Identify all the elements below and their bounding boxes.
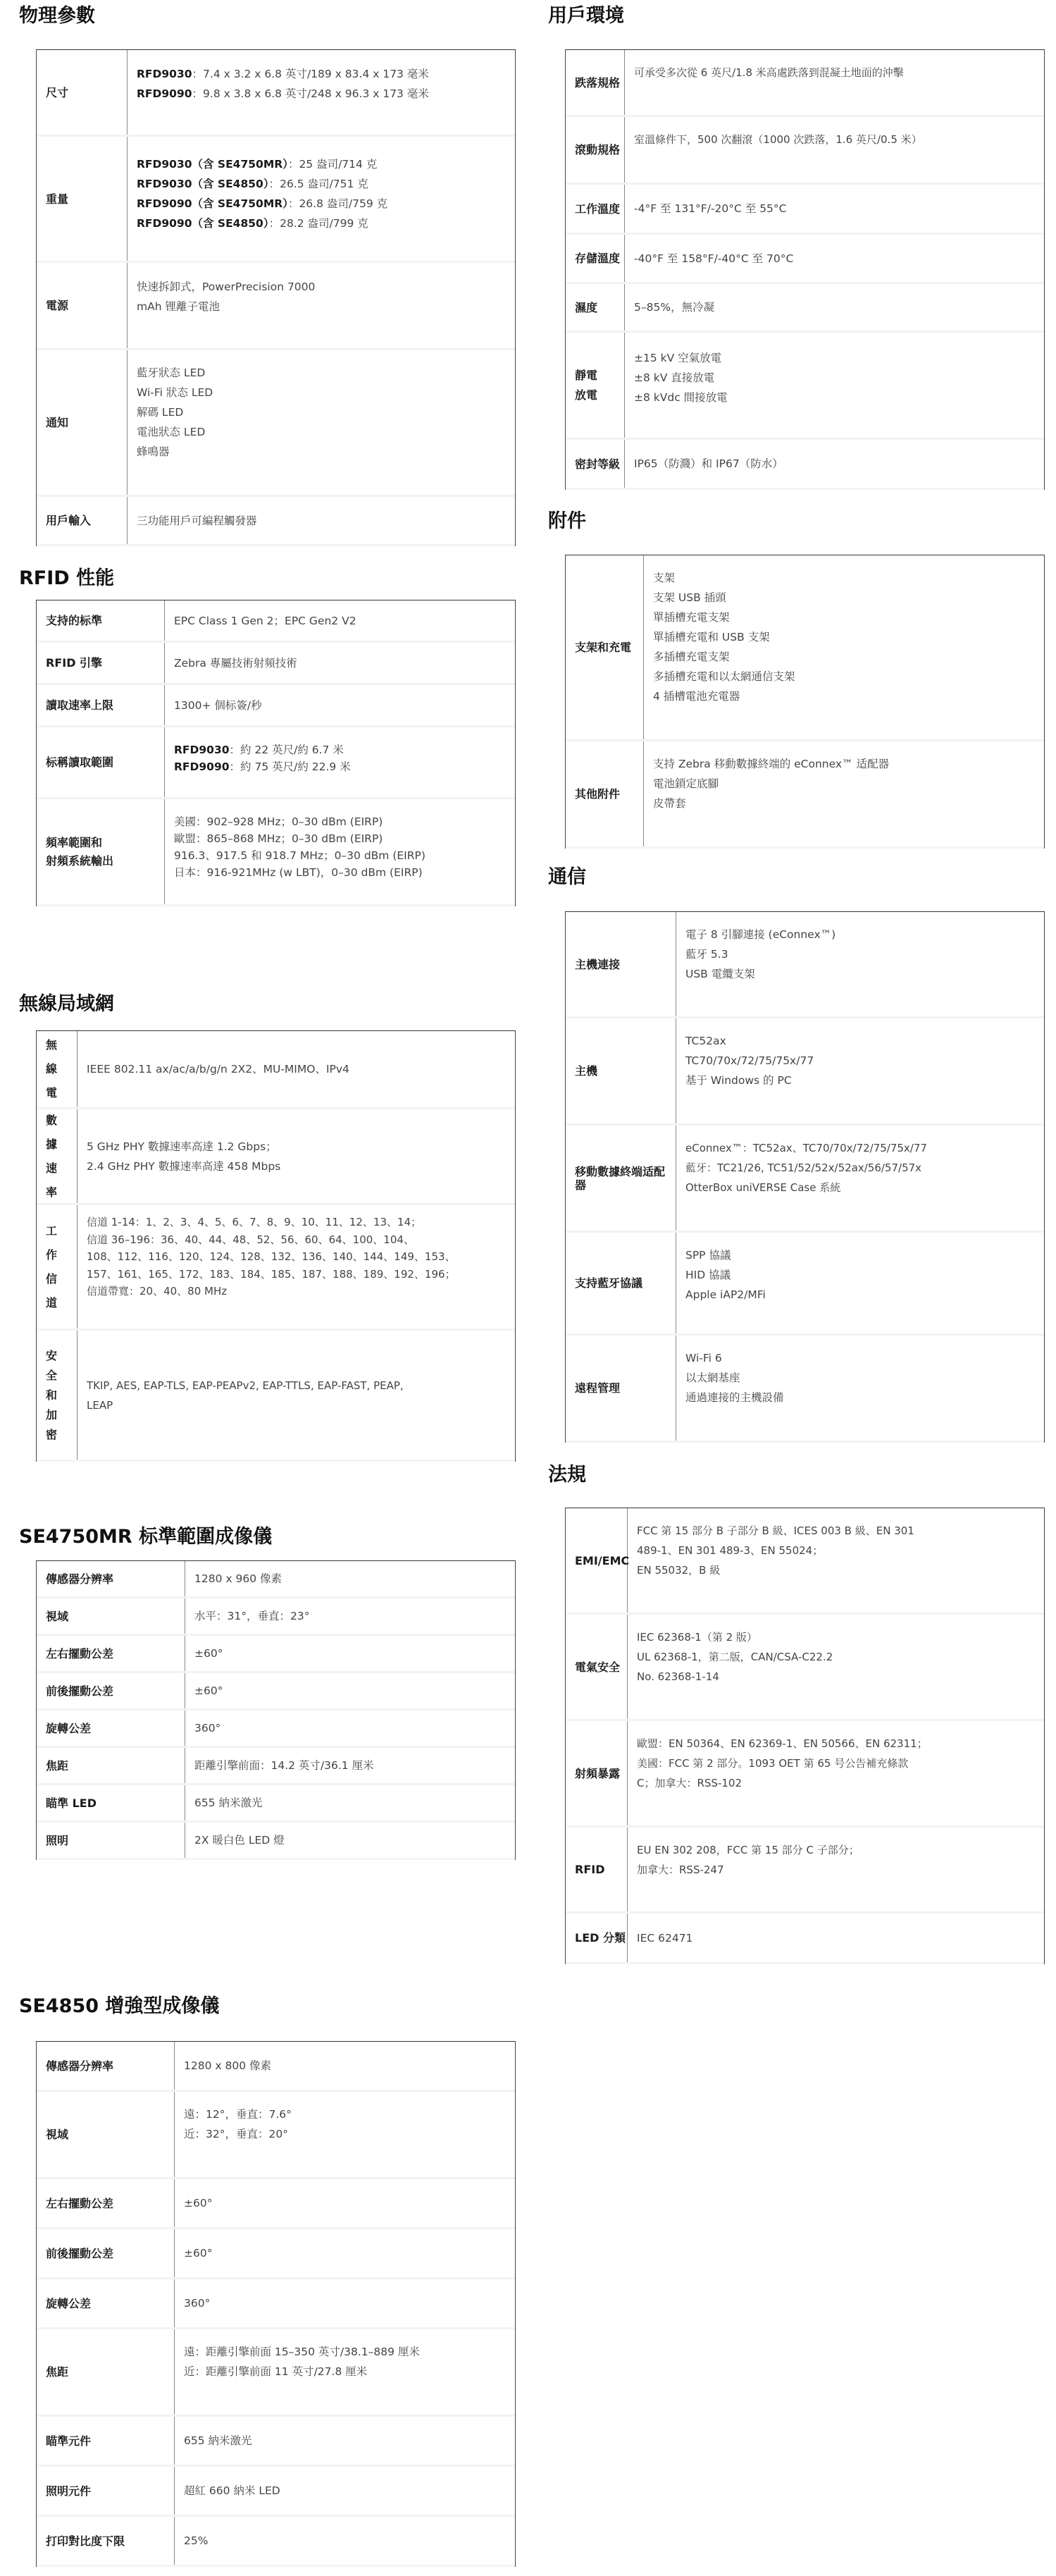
spec-row: 工作溫度-4°F 至 131°F/-20°C 至 55°C <box>566 185 1044 235</box>
spec-row: 标稱讀取範圍 RFD9030：約 22 英尺/約 6.7 米 RFD9090：約… <box>37 727 515 799</box>
spec-key: 視域 <box>37 2092 175 2177</box>
spec-key: 密封等級 <box>566 440 625 488</box>
spec-key: 讀取速率上限 <box>37 685 165 725</box>
spec-key: 支持藍牙協議 <box>566 1233 676 1333</box>
spec-value: EU EN 302 208，FCC 第 15 部分 C 子部分；加拿大：RSS-… <box>628 1828 1044 1911</box>
spec-value: 距離引擎前面：14.2 英寸/36.1 厘米 <box>185 1748 515 1783</box>
spec-key: EMI/EMC <box>566 1508 628 1613</box>
spec-key: 電氣安全 <box>566 1615 628 1719</box>
spec-key: 跌落規格 <box>566 50 625 115</box>
spec-key: 滾動規格 <box>566 117 625 183</box>
spec-row: 尺寸 RFD9030：7.4 x 3.2 x 6.8 英寸/189 x 83.4… <box>37 50 515 137</box>
spec-value: 可承受多次從 6 英尺/1.8 米高處跌落到混凝土地面的沖擊 <box>625 50 1044 115</box>
spec-key: 無線電 <box>37 1031 77 1107</box>
spec-key: 主機 <box>566 1018 676 1123</box>
spec-key: 瞄準 LED <box>37 1785 185 1820</box>
spec-value: 1280 x 960 像素 <box>185 1561 515 1596</box>
spec-row: 工作信道 信道 1-14：1、2、3、4、5、6、7、8、9、10、11、12、… <box>37 1205 515 1331</box>
spec-value: 超紅 660 納米 LED <box>175 2467 515 2515</box>
spec-table-se4750mr: 傳感器分辨率1280 x 960 像素 視域水平：31°，垂直：23° 左右擺動… <box>36 1560 516 1860</box>
spec-value: SPP 協議HID 協議Apple iAP2/MFi <box>676 1233 1044 1333</box>
spec-key: 焦距 <box>37 1748 185 1783</box>
section-title-accessories: 附件 <box>548 510 586 534</box>
spec-value: 1280 x 800 像素 <box>175 2042 515 2090</box>
spec-value: 信道 1-14：1、2、3、4、5、6、7、8、9、10、11、12、13、14… <box>77 1205 515 1329</box>
section-title-communications: 通信 <box>548 865 586 889</box>
section-title-environment: 用戶環境 <box>548 4 624 28</box>
spec-key: 存儲溫度 <box>566 235 625 282</box>
spec-row: 照明元件超紅 660 納米 LED <box>37 2467 515 2517</box>
spec-key: 靜電 放電 <box>566 333 625 438</box>
spec-value: 藍牙狀态 LED Wi-Fi 狀态 LED 解碼 LED 電池狀态 LED 蜂鳴… <box>128 350 515 495</box>
spec-key: 主機連接 <box>566 912 676 1016</box>
spec-value: 360° <box>175 2279 515 2327</box>
spec-value: 快速拆卸式，PowerPrecision 7000 mAh 锂離子電池 <box>128 263 515 348</box>
spec-table-regulatory: EMI/EMCFCC 第 15 部分 B 子部分 B 級、ICES 003 B … <box>565 1508 1045 1964</box>
spec-row: 瞄準 LED655 納米激光 <box>37 1785 515 1823</box>
spec-row: RFID 引擎 Zebra 專屬技術射頻技術 <box>37 643 515 685</box>
spec-key: 照明 <box>37 1823 185 1858</box>
spec-value: ±60° <box>185 1673 515 1708</box>
spec-row: 左右擺動公差±60° <box>37 2179 515 2229</box>
spec-value: IEEE 802.11 ax/ac/a/b/g/n 2X2、MU-MIMO、IP… <box>77 1031 515 1107</box>
spec-value: -4°F 至 131°F/-20°C 至 55°C <box>625 185 1044 233</box>
spec-row: 其他附件 支持 Zebra 移動數據終端的 eConnex™ 适配器 電池鎖定底… <box>566 741 1044 849</box>
spec-row: 電源 快速拆卸式，PowerPrecision 7000 mAh 锂離子電池 <box>37 263 515 350</box>
spec-row: 讀取速率上限 1300+ 個标簽/秒 <box>37 685 515 727</box>
spec-value: RFD9030：約 22 英尺/約 6.7 米 RFD9090：約 75 英尺/… <box>165 727 515 797</box>
spec-value: 1300+ 個标簽/秒 <box>165 685 515 725</box>
spec-key: 打印對比度下限 <box>37 2517 175 2565</box>
spec-key: 尺寸 <box>37 50 128 135</box>
spec-key: 左右擺動公差 <box>37 1636 185 1671</box>
spec-row: 數據速率 5 GHz PHY 數據速率高達 1.2 Gbps；2.4 GHz P… <box>37 1109 515 1205</box>
spec-row: 安全和加密 TKIP, AES, EAP-TLS, EAP-PEAPv2, EA… <box>37 1331 515 1462</box>
spec-row: 頻率範圍和 射頻系統輸出 美國：902–928 MHz；0–30 dBm (EI… <box>37 799 515 906</box>
spec-key: 電源 <box>37 263 128 348</box>
spec-key: 安全和加密 <box>37 1331 77 1460</box>
spec-key: 其他附件 <box>566 741 644 846</box>
spec-key: 數據速率 <box>37 1109 77 1203</box>
spec-value: 三功能用戶可編程觸發器 <box>128 497 515 544</box>
spec-table-se4850: 傳感器分辨率1280 x 800 像素 視域遠：12°，垂直：7.6°近：32°… <box>36 2041 516 2567</box>
spec-value: RFD9030：7.4 x 3.2 x 6.8 英寸/189 x 83.4 x … <box>128 50 515 135</box>
spec-key: 支持的标準 <box>37 600 165 641</box>
spec-key: 瞄準元件 <box>37 2417 175 2465</box>
spec-value: 655 納米激光 <box>175 2417 515 2465</box>
spec-key: 重量 <box>37 137 128 261</box>
spec-value: 遠：12°，垂直：7.6°近：32°，垂直：20° <box>175 2092 515 2177</box>
spec-row: 主機連接電子 8 引腳連接 (eConnex™)藍牙 5.3USB 電纜支架 <box>566 912 1044 1018</box>
spec-row: 密封等級IP65（防濺）和 IP67（防水） <box>566 440 1044 490</box>
spec-row: 旋轉公差360° <box>37 1711 515 1748</box>
spec-row: 左右擺動公差±60° <box>37 1636 515 1673</box>
spec-table-wlan: 無線電 IEEE 802.11 ax/ac/a/b/g/n 2X2、MU-MIM… <box>36 1030 516 1462</box>
spec-key: 左右擺動公差 <box>37 2179 175 2227</box>
spec-row: 前後擺動公差±60° <box>37 1673 515 1711</box>
section-title-rfid: RFID 性能 <box>19 567 114 591</box>
spec-key: 遠程管理 <box>566 1336 676 1441</box>
spec-value: IEC 62368-1（第 2 版）UL 62368-1，第二版，CAN/CSA… <box>628 1615 1044 1719</box>
spec-value: 室溫條件下，500 次翻滾（1000 次跌落，1.6 英尺/0.5 米） <box>625 117 1044 183</box>
spec-table-communications: 主機連接電子 8 引腳連接 (eConnex™)藍牙 5.3USB 電纜支架 主… <box>565 911 1045 1443</box>
spec-row: 照明2X 暖白色 LED 燈 <box>37 1823 515 1860</box>
spec-row: 電氣安全IEC 62368-1（第 2 版）UL 62368-1，第二版，CAN… <box>566 1615 1044 1721</box>
spec-key: RFID 引擎 <box>37 643 165 683</box>
spec-value: 5–85%，無冷凝 <box>625 284 1044 331</box>
spec-row: 用戶輸入 三功能用戶可編程觸發器 <box>37 497 515 546</box>
spec-row: 無線電 IEEE 802.11 ax/ac/a/b/g/n 2X2、MU-MIM… <box>37 1031 515 1109</box>
spec-value: ±60° <box>185 1636 515 1671</box>
spec-value: -40°F 至 158°F/-40°C 至 70°C <box>625 235 1044 282</box>
spec-key: 視域 <box>37 1598 185 1634</box>
spec-row: 焦距遠：距離引擎前面 15–350 英寸/38.1–889 厘米近：距離引擎前面… <box>37 2329 515 2417</box>
spec-value: ±60° <box>175 2229 515 2277</box>
spec-row: 視域遠：12°，垂直：7.6°近：32°，垂直：20° <box>37 2092 515 2179</box>
spec-value: FCC 第 15 部分 B 子部分 B 級、ICES 003 B 級、EN 30… <box>628 1508 1044 1613</box>
spec-value: 25% <box>175 2517 515 2565</box>
spec-value: ±15 kV 空氣放電±8 kV 直接放電±8 kVdc 間接放電 <box>625 333 1044 438</box>
spec-row: LED 分類IEC 62471 <box>566 1913 1044 1964</box>
spec-key: 通知 <box>37 350 128 495</box>
spec-value: Zebra 專屬技術射頻技術 <box>165 643 515 683</box>
spec-value: 2X 暖白色 LED 燈 <box>185 1823 515 1858</box>
spec-row: 旋轉公差360° <box>37 2279 515 2329</box>
spec-row: 支架和充電 支架 支架 USB 插頭 單插槽充電支架 單插槽充電和 USB 支架… <box>566 555 1044 741</box>
spec-key: 标稱讀取範圍 <box>37 727 165 797</box>
spec-key: 前後擺動公差 <box>37 1673 185 1708</box>
spec-key: 傳感器分辨率 <box>37 2042 175 2090</box>
spec-row: 前後擺動公差±60° <box>37 2229 515 2279</box>
spec-row: 傳感器分辨率1280 x 960 像素 <box>37 1561 515 1598</box>
spec-value: IP65（防濺）和 IP67（防水） <box>625 440 1044 488</box>
spec-key: 濕度 <box>566 284 625 331</box>
spec-value: 電子 8 引腳連接 (eConnex™)藍牙 5.3USB 電纜支架 <box>676 912 1044 1016</box>
spec-row: 主機TC52axTC70/70x/72/75/75x/77基于 Windows … <box>566 1018 1044 1126</box>
spec-row: 重量 RFD9030（含 SE4750MR）：25 盎司/714 克 RFD90… <box>37 137 515 263</box>
spec-key: 照明元件 <box>37 2467 175 2515</box>
spec-key: RFID <box>566 1828 628 1911</box>
spec-table-rfid: 支持的标準 EPC Class 1 Gen 2；EPC Gen2 V2 RFID… <box>36 600 516 906</box>
spec-key: 支架和充電 <box>566 555 644 739</box>
spec-key: 射頻暴露 <box>566 1721 628 1825</box>
spec-row: EMI/EMCFCC 第 15 部分 B 子部分 B 級、ICES 003 B … <box>566 1508 1044 1615</box>
spec-key: 工作信道 <box>37 1205 77 1329</box>
spec-key: 旋轉公差 <box>37 1711 185 1746</box>
section-title-se4750mr: SE4750MR 标準範圍成像儀 <box>19 1525 272 1549</box>
section-title-physical: 物理參數 <box>19 4 95 28</box>
spec-key: 傳感器分辨率 <box>37 1561 185 1596</box>
spec-key: 移動數據終端适配器 <box>566 1126 676 1231</box>
spec-value: 支持 Zebra 移動數據終端的 eConnex™ 适配器 電池鎖定底腳 皮帶套 <box>644 741 1044 846</box>
spec-row: 濕度5–85%，無冷凝 <box>566 284 1044 333</box>
spec-value: 遠：距離引擎前面 15–350 英寸/38.1–889 厘米近：距離引擎前面 1… <box>175 2329 515 2415</box>
spec-value: RFD9030（含 SE4750MR）：25 盎司/714 克 RFD9030（… <box>128 137 515 261</box>
spec-row: 支持的标準 EPC Class 1 Gen 2；EPC Gen2 V2 <box>37 600 515 643</box>
spec-row: 遠程管理Wi-Fi 6以太網基座通過連接的主機設備 <box>566 1336 1044 1443</box>
spec-row: 存儲溫度-40°F 至 158°F/-40°C 至 70°C <box>566 235 1044 284</box>
spec-value: 歐盟：EN 50364、EN 62369-1、EN 50566、EN 62311… <box>628 1721 1044 1825</box>
spec-row: 移動數據終端适配器eConnex™：TC52ax、TC70/70x/72/75/… <box>566 1126 1044 1233</box>
spec-row: 焦距距離引擎前面：14.2 英寸/36.1 厘米 <box>37 1748 515 1785</box>
spec-row: 支持藍牙協議SPP 協議HID 協議Apple iAP2/MFi <box>566 1233 1044 1336</box>
spec-row: RFIDEU EN 302 208，FCC 第 15 部分 C 子部分；加拿大：… <box>566 1828 1044 1913</box>
section-title-regulatory: 法規 <box>548 1463 586 1487</box>
spec-value: IEC 62471 <box>628 1913 1044 1962</box>
spec-table-physical: 尺寸 RFD9030：7.4 x 3.2 x 6.8 英寸/189 x 83.4… <box>36 49 516 546</box>
spec-key: 用戶輸入 <box>37 497 128 544</box>
spec-value: 美國：902–928 MHz；0–30 dBm (EIRP) 歐盟：865–86… <box>165 799 515 904</box>
spec-row: 視域水平：31°，垂直：23° <box>37 1598 515 1636</box>
spec-value: 水平：31°，垂直：23° <box>185 1598 515 1634</box>
section-title-wlan: 無線局域網 <box>19 992 114 1016</box>
spec-key: 頻率範圍和 射頻系統輸出 <box>37 799 165 904</box>
spec-value: Wi-Fi 6以太網基座通過連接的主機設備 <box>676 1336 1044 1441</box>
spec-value: TKIP, AES, EAP-TLS, EAP-PEAPv2, EAP-TTLS… <box>77 1331 515 1460</box>
spec-row: 滾動規格室溫條件下，500 次翻滾（1000 次跌落，1.6 英尺/0.5 米） <box>566 117 1044 185</box>
spec-key: 工作溫度 <box>566 185 625 233</box>
spec-value: 5 GHz PHY 數據速率高達 1.2 Gbps；2.4 GHz PHY 數據… <box>77 1109 515 1203</box>
section-title-se4850: SE4850 增強型成像儀 <box>19 1995 219 2019</box>
spec-row: 通知 藍牙狀态 LED Wi-Fi 狀态 LED 解碼 LED 電池狀态 LED… <box>37 350 515 497</box>
spec-value: ±60° <box>175 2179 515 2227</box>
spec-value: 655 納米激光 <box>185 1785 515 1820</box>
spec-value: TC52axTC70/70x/72/75/75x/77基于 Windows 的 … <box>676 1018 1044 1123</box>
spec-value: 360° <box>185 1711 515 1746</box>
spec-row: 跌落規格可承受多次從 6 英尺/1.8 米高處跌落到混凝土地面的沖擊 <box>566 50 1044 117</box>
spec-row: 傳感器分辨率1280 x 800 像素 <box>37 2042 515 2092</box>
spec-key: 旋轉公差 <box>37 2279 175 2327</box>
spec-value: EPC Class 1 Gen 2；EPC Gen2 V2 <box>165 600 515 641</box>
spec-row: 射頻暴露歐盟：EN 50364、EN 62369-1、EN 50566、EN 6… <box>566 1721 1044 1828</box>
spec-value: eConnex™：TC52ax、TC70/70x/72/75/75x/77藍牙：… <box>676 1126 1044 1231</box>
spec-table-environment: 跌落規格可承受多次從 6 英尺/1.8 米高處跌落到混凝土地面的沖擊 滾動規格室… <box>565 49 1045 490</box>
spec-table-accessories: 支架和充電 支架 支架 USB 插頭 單插槽充電支架 單插槽充電和 USB 支架… <box>565 555 1045 849</box>
spec-row: 打印對比度下限25% <box>37 2517 515 2567</box>
spec-row: 靜電 放電 ±15 kV 空氣放電±8 kV 直接放電±8 kVdc 間接放電 <box>566 333 1044 440</box>
spec-key: 前後擺動公差 <box>37 2229 175 2277</box>
spec-value: 支架 支架 USB 插頭 單插槽充電支架 單插槽充電和 USB 支架 多插槽充電… <box>644 555 1044 739</box>
spec-key: 焦距 <box>37 2329 175 2415</box>
spec-key: LED 分類 <box>566 1913 628 1962</box>
spec-row: 瞄準元件655 納米激光 <box>37 2417 515 2467</box>
